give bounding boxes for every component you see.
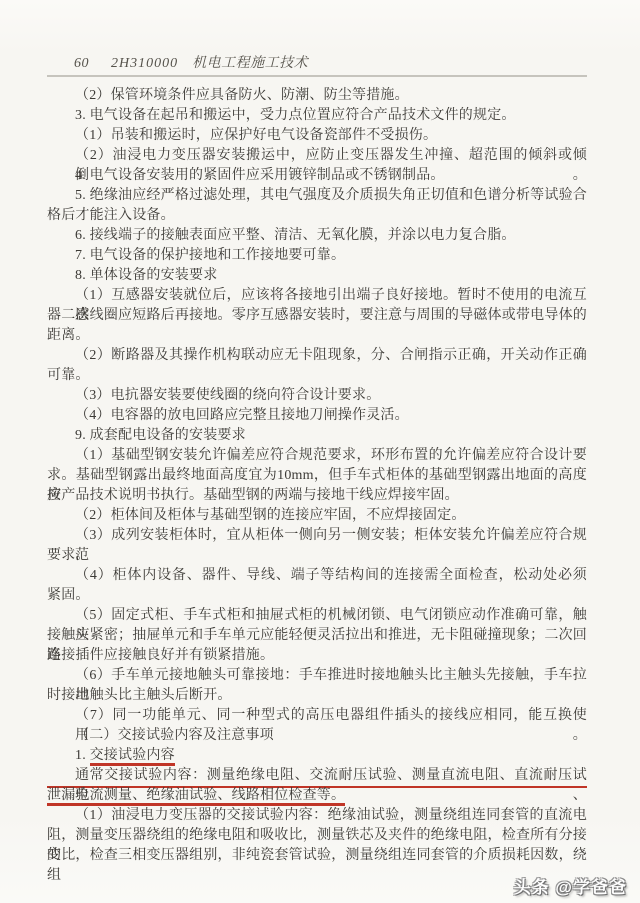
text-line: 连接插件应接触良好并有锁紧措施。 bbox=[47, 646, 587, 666]
book-title: 机电工程施工技术 bbox=[192, 56, 308, 71]
text-line: （2）油浸电力变压器安装搬运中，应防止变压器发生冲撞、超范围的倾斜或倾倒。 bbox=[47, 146, 587, 166]
text-segment: 8. 单体设备的安装要求 bbox=[75, 268, 217, 283]
text-line: 通常交接试验内容：测量绝缘电阻、交流耐压试验、测量直流电阻、直流耐压试验、 bbox=[47, 766, 587, 786]
text-segment: （二）交接试验内容及注意事项 bbox=[75, 728, 274, 743]
text-segment: （3）电抗器安装要使线圈的绕向符合设计要求。 bbox=[75, 388, 380, 403]
text-line: （5）固定式柜、手车式柜和抽屉式柜的机械闭锁、电气闭锁应动作准确可靠，触头 bbox=[47, 606, 587, 626]
text-line: 接触应紧密；抽屉单元和手车单元应能轻便灵活拉出和推进，无卡阻碰撞现象；二次回路 bbox=[47, 626, 587, 646]
text-line: （3）成列安装柜体时，宜从柜体一侧向另一侧安装；柜体安装允许偏差应符合规范 bbox=[47, 526, 587, 546]
text-line: （2）断路器及其操作机构联动应无卡阻现象，分、合闸指示正确，开关动作正确 bbox=[47, 346, 587, 366]
text-segment: 6. 接线端子的接触表面应平整、清洁、无氧化膜，并涂以电力复合脂。 bbox=[75, 228, 516, 243]
text-line: （6）手车单元接地触头可靠接地：手车推进时接地触头比主触头先接触，手车拉出 bbox=[47, 666, 587, 686]
text-segment: 器二次线圈应短路后再接地。零序互感器安装时，要注意与周围的导磁体或带电导体的 bbox=[47, 308, 587, 323]
text-line: 3. 电气设备在起吊和搬运中，受力点位置应符合产品技术文件的规定。 bbox=[47, 106, 587, 126]
text-line: 变比，检查三相变压器组别，非纯瓷套管试验，测量绕组连同套管的介质损耗因数，绕组 bbox=[47, 846, 587, 866]
header-divider bbox=[47, 75, 587, 77]
text-segment: 时接地触头比主触头后断开。 bbox=[47, 688, 232, 703]
text-segment: 4. 电气设备安装用的紧固件应采用镀锌制品或不锈钢制品。 bbox=[75, 168, 445, 183]
text-line: （1）吊装和搬运时，应保护好电气设备瓷部件不受损伤。 bbox=[47, 126, 587, 146]
red-underlined-text: 泄漏电流测量、绝缘油试验、线路相位检查等。 bbox=[47, 788, 345, 803]
text-segment: 紧固。 bbox=[47, 588, 90, 603]
text-segment: 变比，检查三相变压器组别，非纯瓷套管试验，测量绕组连同套管的介质损耗因数，绕组 bbox=[47, 848, 587, 883]
text-segment: （4）柜体内设备、器件、导线、端子等结构间的连接需全面检查，松动处必须 bbox=[75, 568, 587, 583]
text-line: （4）柜体内设备、器件、导线、端子等结构间的连接需全面检查，松动处必须 bbox=[47, 566, 587, 586]
text-line: 器二次线圈应短路后再接地。零序互感器安装时，要注意与周围的导磁体或带电导体的 bbox=[47, 306, 587, 326]
text-line: （1）油浸电力变压器的交接试验内容：绝缘油试验，测量绕组连同套管的直流电 bbox=[47, 806, 587, 826]
text-line: 距离。 bbox=[47, 326, 587, 346]
text-segment: 按产品技术说明书执行。基础型钢的两端与接地干线应焊接牢固。 bbox=[47, 488, 459, 503]
text-line: （2）柜体间及柜体与基础型钢的连接应牢固，不应焊接固定。 bbox=[47, 506, 587, 526]
text-line: 8. 单体设备的安装要求 bbox=[47, 266, 587, 286]
text-line: （7）同一功能单元、同一种型式的高压电器组件插头的接线应相同，能互换使用。 bbox=[47, 706, 587, 726]
page-number: 60 bbox=[74, 56, 89, 71]
text-segment: 连接插件应接触良好并有锁紧措施。 bbox=[47, 648, 274, 663]
text-line: 9. 成套配电设备的安装要求 bbox=[47, 426, 587, 446]
text-segment: 5. 绝缘油应经严格过滤处理，其电气强度及介质损失角正切值和色谱分析等试验合 bbox=[75, 188, 587, 203]
text-segment: （1）基础型钢安装允许偏差应符合规范要求，环形布置的允许偏差应符合设计要 bbox=[75, 448, 587, 463]
book-page: 602H310000机电工程施工技术 （2）保管环境条件应具备防火、防潮、防尘等… bbox=[0, 0, 640, 903]
page-header: 602H310000机电工程施工技术 bbox=[74, 52, 308, 72]
text-line: （2）保管环境条件应具备防火、防潮、防尘等措施。 bbox=[47, 86, 587, 106]
text-segment: （1）吊装和搬运时，应保护好电气设备瓷部件不受损伤。 bbox=[75, 128, 437, 143]
text-line: 要求。 bbox=[47, 546, 587, 566]
body-text: （2）保管环境条件应具备防火、防潮、防尘等措施。3. 电气设备在起吊和搬运中，受… bbox=[47, 86, 587, 866]
text-line: 可靠。 bbox=[47, 366, 587, 386]
text-segment: （2）柜体间及柜体与基础型钢的连接应牢固，不应焊接固定。 bbox=[75, 508, 466, 523]
watermark: 头条 @学爸爸 bbox=[514, 873, 627, 898]
text-line: 阻，测量变压器绕组的绝缘电阻和吸收比，测量铁芯及夹件的绝缘电阻，检查所有分接的 bbox=[47, 826, 587, 846]
text-line: 求。基础型钢露出最终地面高度宜为10mm，但手车式柜体的基础型钢露出地面的高度应 bbox=[47, 466, 587, 486]
text-line: （1）基础型钢安装允许偏差应符合规范要求，环形布置的允许偏差应符合设计要 bbox=[47, 446, 587, 466]
text-segment: （1）油浸电力变压器的交接试验内容：绝缘油试验，测量绕组连同套管的直流电 bbox=[75, 808, 587, 823]
text-segment: 3. 电气设备在起吊和搬运中，受力点位置应符合产品技术文件的规定。 bbox=[75, 108, 516, 123]
text-line: 按产品技术说明书执行。基础型钢的两端与接地干线应焊接牢固。 bbox=[47, 486, 587, 506]
text-line: 时接地触头比主触头后断开。 bbox=[47, 686, 587, 706]
text-line: 紧固。 bbox=[47, 586, 587, 606]
text-line: 1. 交接试验内容 bbox=[47, 746, 587, 766]
text-segment: 要求。 bbox=[47, 548, 90, 563]
text-segment: 9. 成套配电设备的安装要求 bbox=[75, 428, 246, 443]
text-segment: （4）电容器的放电回路应完整且接地刀闸操作灵活。 bbox=[75, 408, 409, 423]
text-line: 格后才能注入设备。 bbox=[47, 206, 587, 226]
text-line: （1）互感器安装就位后，应该将各接地引出端子良好接地。暂时不使用的电流互感 bbox=[47, 286, 587, 306]
text-segment: 7. 电气设备的保护接地和工作接地要可靠。 bbox=[75, 248, 345, 263]
text-segment: （2）保管环境条件应具备防火、防潮、防尘等措施。 bbox=[75, 88, 409, 103]
text-segment: （2）断路器及其操作机构联动应无卡阻现象，分、合闸指示正确，开关动作正确 bbox=[75, 348, 587, 363]
text-segment: 格后才能注入设备。 bbox=[47, 208, 175, 223]
text-line: 5. 绝缘油应经严格过滤处理，其电气强度及介质损失角正切值和色谱分析等试验合 bbox=[47, 186, 587, 206]
course-code: 2H310000 bbox=[111, 56, 178, 71]
text-line: （4）电容器的放电回路应完整且接地刀闸操作灵活。 bbox=[47, 406, 587, 426]
text-segment: 距离。 bbox=[47, 328, 90, 343]
text-segment: 1. bbox=[75, 748, 90, 763]
text-line: 7. 电气设备的保护接地和工作接地要可靠。 bbox=[47, 246, 587, 266]
text-line: （3）电抗器安装要使线圈的绕向符合设计要求。 bbox=[47, 386, 587, 406]
text-segment: 可靠。 bbox=[47, 368, 90, 383]
red-underlined-text: 交接试验内容 bbox=[90, 748, 175, 763]
text-line: 6. 接线端子的接触表面应平整、清洁、无氧化膜，并涂以电力复合脂。 bbox=[47, 226, 587, 246]
